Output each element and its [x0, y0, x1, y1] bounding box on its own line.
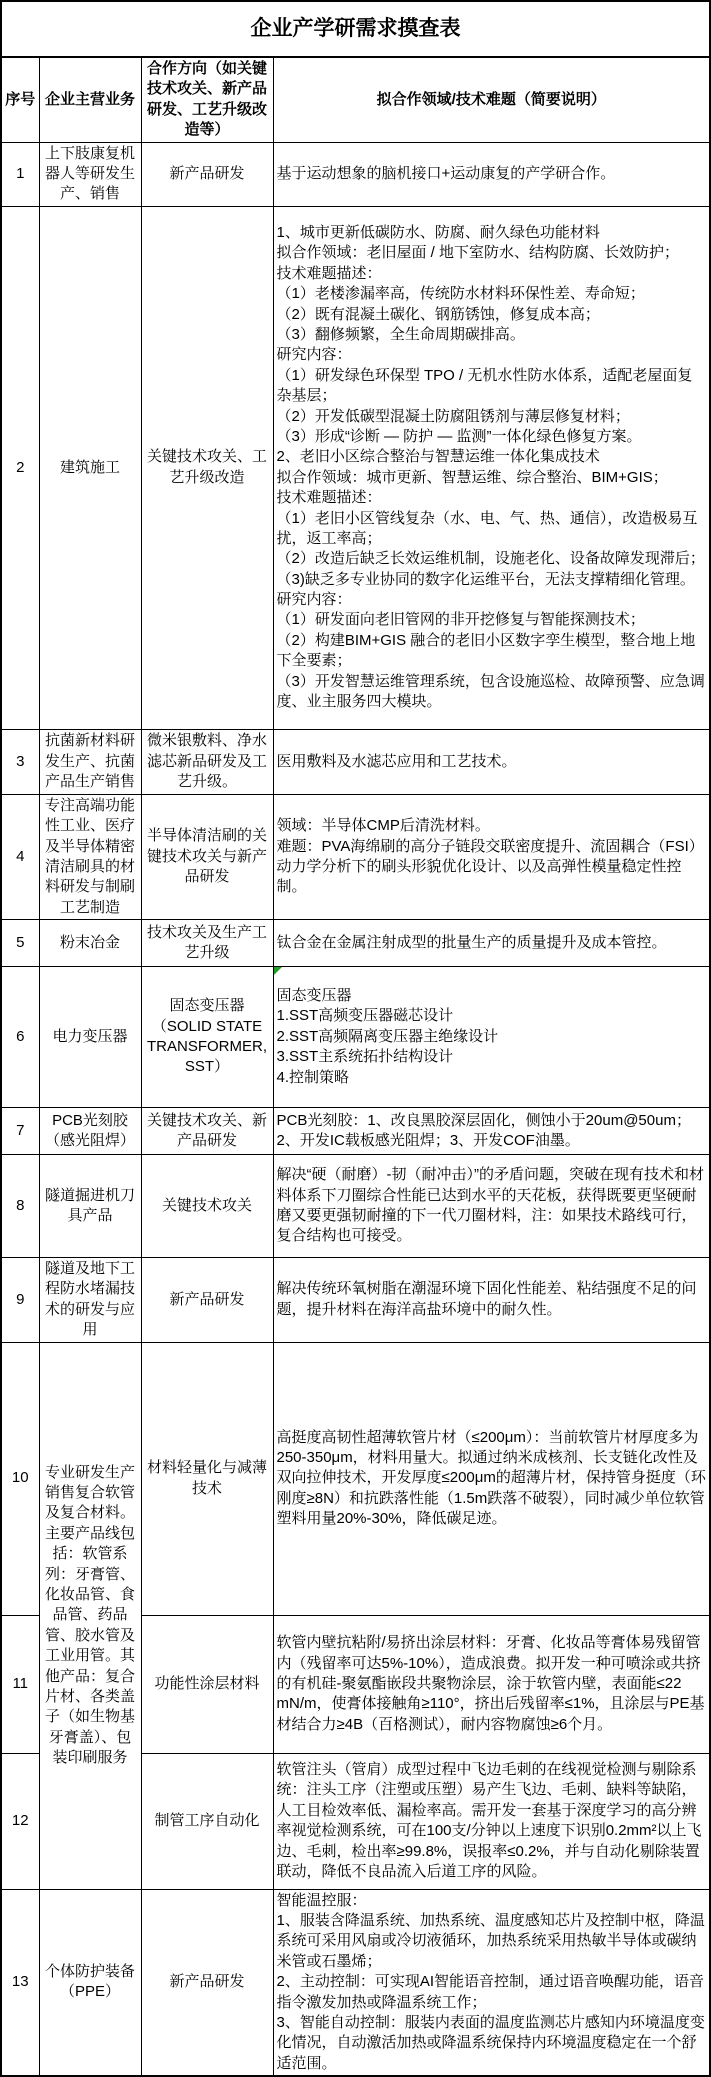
- cell-detail: 软管注头（管肩）成型过程中飞边毛刺的在线视觉检测与剔除系统：注头工序（注塑或压塑…: [273, 1753, 710, 1889]
- table-row: 13个体防护装备（PPE）新产品研发智能温控服： 1、服装含降温系统、加热系统、…: [1, 1889, 710, 2076]
- col-header-no: 序号: [1, 57, 39, 142]
- table-row: 2建筑施工关键技术攻关、工艺升级改造1、城市更新低碳防水、防腐、耐久绿色功能材料…: [1, 206, 710, 729]
- cell-no: 10: [1, 1342, 39, 1615]
- cell-corner-marker-icon: [274, 967, 282, 975]
- cell-detail: 解决传统环氧树脂在潮湿环境下固化性能差、粘结强度不足的问题，提升材料在海洋高盐环…: [273, 1258, 710, 1343]
- cell-direction: 固态变压器（SOLID STATE TRANSFORMER, SST）: [141, 967, 273, 1108]
- table-body: 1上下肢康复机器人等研发生产、销售新产品研发基于运动想象的脑机接口+运动康复的产…: [1, 142, 710, 2076]
- cell-direction: 材料轻量化与减薄技术: [141, 1342, 273, 1615]
- cell-no: 7: [1, 1108, 39, 1155]
- survey-table: 企业产学研需求摸查表 序号 企业主营业务 合作方向（如关键技术攻关、新产品研发、…: [0, 0, 711, 2077]
- table-row: 7PCB光刻胶（感光阻焊）关键技术攻关、新产品研发PCB光刻胶：1、改良黑胶深层…: [1, 1108, 710, 1155]
- cell-detail: 智能温控服： 1、服装含降温系统、加热系统、温度感知芯片及控制中枢，降温系统可采…: [273, 1889, 710, 2076]
- cell-direction: 新产品研发: [141, 142, 273, 206]
- table-row: 1上下肢康复机器人等研发生产、销售新产品研发基于运动想象的脑机接口+运动康复的产…: [1, 142, 710, 206]
- cell-detail: 高挺度高韧性超薄软管片材（≤200μm）：当前软管片材厚度多为250-350μm…: [273, 1342, 710, 1615]
- cell-business: 专业研发生产销售复合软管及复合材料。主要产品线包括：软管系列：牙膏管、化妆品管、…: [39, 1342, 141, 1889]
- cell-no: 3: [1, 729, 39, 794]
- cell-business: 个体防护装备（PPE）: [39, 1889, 141, 2076]
- cell-business: 建筑施工: [39, 206, 141, 729]
- cell-no: 2: [1, 206, 39, 729]
- cell-direction: 关键技术攻关、新产品研发: [141, 1108, 273, 1155]
- cell-direction: 微米银敷料、净水滤芯新品研发及工艺升级。: [141, 729, 273, 794]
- col-header-business: 企业主营业务: [39, 57, 141, 142]
- cell-no: 6: [1, 967, 39, 1108]
- cell-no: 1: [1, 142, 39, 206]
- table-row: 8隧道掘进机刀具产品关键技术攻关解决“硬（耐磨）-韧（耐冲击）”的矛盾问题，突破…: [1, 1155, 710, 1258]
- cell-business: 隧道掘进机刀具产品: [39, 1155, 141, 1258]
- table-row: 10专业研发生产销售复合软管及复合材料。主要产品线包括：软管系列：牙膏管、化妆品…: [1, 1342, 710, 1615]
- col-header-direction: 合作方向（如关键技术攻关、新产品研发、工艺升级改造等）: [141, 57, 273, 142]
- cell-detail: 固态变压器 1.SST高频变压器磁芯设计 2.SST高频隔离变压器主绝缘设计 3…: [273, 967, 710, 1108]
- cell-business: 上下肢康复机器人等研发生产、销售: [39, 142, 141, 206]
- spreadsheet-page: 企业产学研需求摸查表 序号 企业主营业务 合作方向（如关键技术攻关、新产品研发、…: [0, 0, 711, 2077]
- cell-detail: PCB光刻胶：1、改良黑胶深层固化，侧蚀小于20um@50um；2、开发IC载板…: [273, 1108, 710, 1155]
- title-row: 企业产学研需求摸查表: [1, 1, 710, 57]
- cell-business: PCB光刻胶（感光阻焊）: [39, 1108, 141, 1155]
- cell-business: 专注高端功能性工业、医疗及半导体精密清洁刷具的材料研发与制刷工艺制造: [39, 794, 141, 919]
- cell-detail: 1、城市更新低碳防水、防腐、耐久绿色功能材料 拟合作领域：老旧屋面 / 地下室防…: [273, 206, 710, 729]
- cell-detail: 解决“硬（耐磨）-韧（耐冲击）”的矛盾问题，突破在现有技术和材料体系下刀圈综合性…: [273, 1155, 710, 1258]
- cell-direction: 功能性涂层材料: [141, 1615, 273, 1753]
- cell-detail: 软管内壁抗粘附/易挤出涂层材料：牙膏、化妆品等膏体易残留管内（残留率可达5%-1…: [273, 1615, 710, 1753]
- cell-no: 11: [1, 1615, 39, 1753]
- cell-direction: 技术攻关及生产工艺升级: [141, 920, 273, 967]
- cell-no: 4: [1, 794, 39, 919]
- table-row: 5粉末冶金技术攻关及生产工艺升级钛合金在金属注射成型的批量生产的质量提升及成本管…: [1, 920, 710, 967]
- cell-detail: 领域：半导体CMP后清洗材料。 难题：PVA海绵刷的高分子链段交联密度提升、流固…: [273, 794, 710, 919]
- table-row: 3抗菌新材料研发生产、抗菌产品生产销售微米银敷料、净水滤芯新品研发及工艺升级。医…: [1, 729, 710, 794]
- cell-no: 12: [1, 1753, 39, 1889]
- cell-detail: 基于运动想象的脑机接口+运动康复的产学研合作。: [273, 142, 710, 206]
- cell-direction: 新产品研发: [141, 1889, 273, 2076]
- cell-no: 8: [1, 1155, 39, 1258]
- cell-no: 9: [1, 1258, 39, 1343]
- table-row: 9隧道及地下工程防水堵漏技术的研发与应用新产品研发解决传统环氧树脂在潮湿环境下固…: [1, 1258, 710, 1343]
- cell-direction: 新产品研发: [141, 1258, 273, 1343]
- cell-direction: 制管工序自动化: [141, 1753, 273, 1889]
- table-row: 4专注高端功能性工业、医疗及半导体精密清洁刷具的材料研发与制刷工艺制造半导体清洁…: [1, 794, 710, 919]
- cell-detail: 钛合金在金属注射成型的批量生产的质量提升及成本管控。: [273, 920, 710, 967]
- cell-business: 隧道及地下工程防水堵漏技术的研发与应用: [39, 1258, 141, 1343]
- cell-business: 粉末冶金: [39, 920, 141, 967]
- cell-direction: 关键技术攻关、工艺升级改造: [141, 206, 273, 729]
- cell-business: 抗菌新材料研发生产、抗菌产品生产销售: [39, 729, 141, 794]
- col-header-detail: 拟合作领域/技术难题（简要说明）: [273, 57, 710, 142]
- header-row: 序号 企业主营业务 合作方向（如关键技术攻关、新产品研发、工艺升级改造等） 拟合…: [1, 57, 710, 142]
- cell-business: 电力变压器: [39, 967, 141, 1108]
- cell-direction: 关键技术攻关: [141, 1155, 273, 1258]
- table-row: 6电力变压器固态变压器（SOLID STATE TRANSFORMER, SST…: [1, 967, 710, 1108]
- cell-direction: 半导体清洁刷的关键技术攻关与新产品研发: [141, 794, 273, 919]
- cell-no: 5: [1, 920, 39, 967]
- cell-no: 13: [1, 1889, 39, 2076]
- page-title: 企业产学研需求摸查表: [1, 1, 710, 57]
- cell-detail: 医用敷料及水滤芯应用和工艺技术。: [273, 729, 710, 794]
